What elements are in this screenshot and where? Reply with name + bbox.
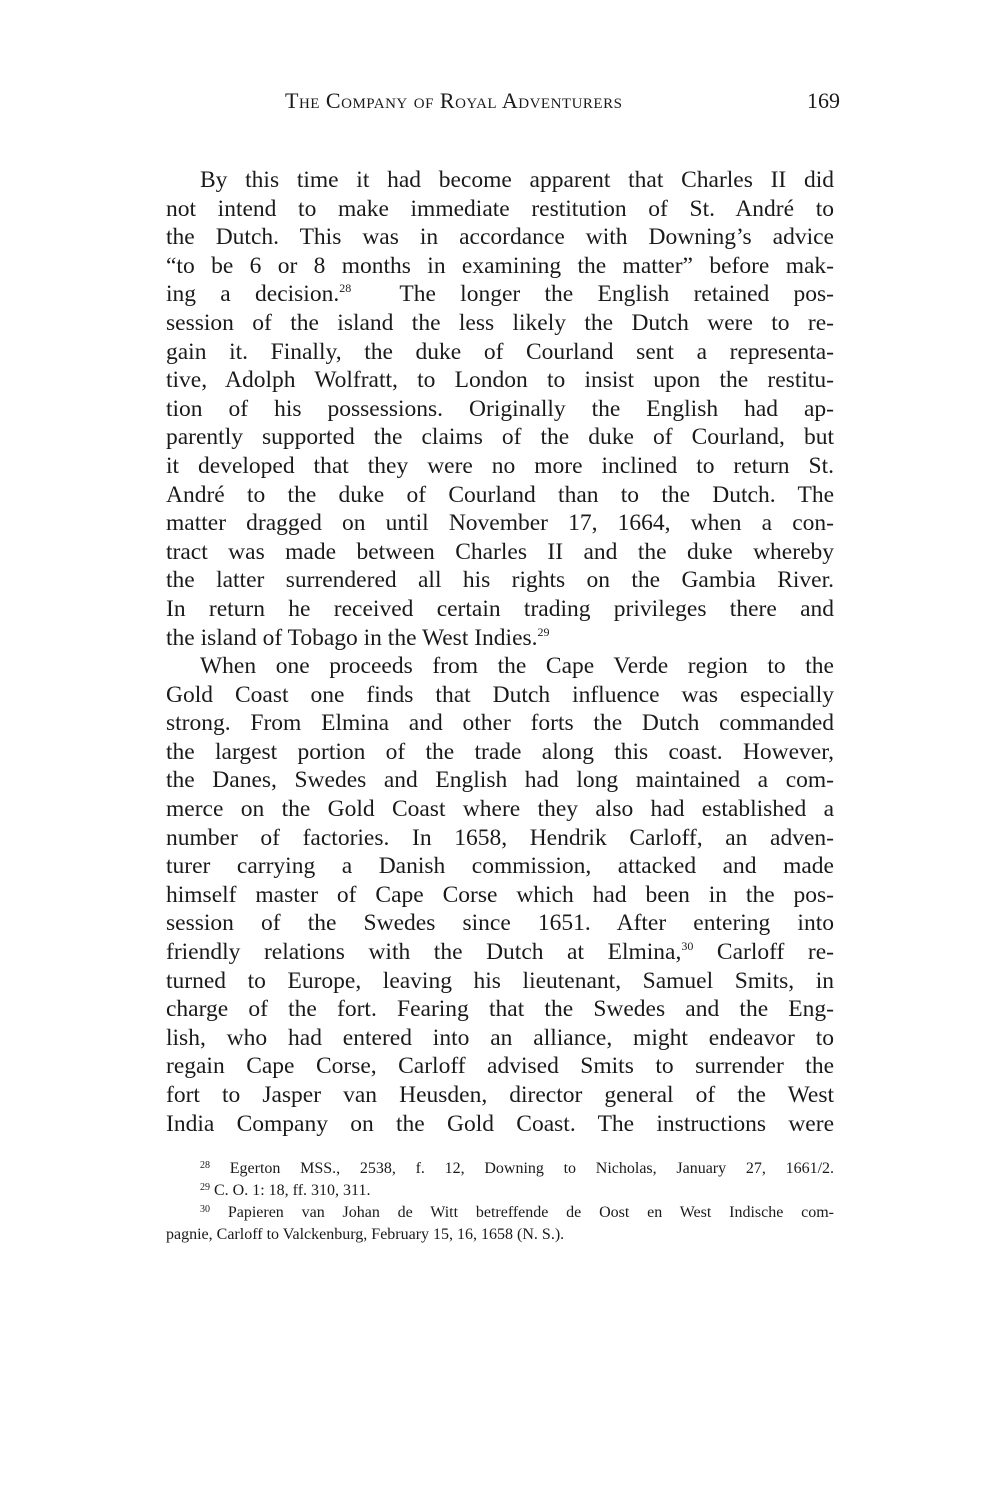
text-line: regain Cape Corse, Carloff advised Smits… xyxy=(166,1052,834,1081)
text-line: the island of Tobago in the West Indies.… xyxy=(166,624,834,653)
text-segment: the latter surrendered all his rights on… xyxy=(166,567,834,593)
body-text: By this time it had become apparent that… xyxy=(166,166,834,1138)
text-segment: friendly relations with the Dutch at Elm… xyxy=(166,939,681,965)
text-line: charge of the fort. Fearing that the Swe… xyxy=(166,995,834,1024)
text-line: tract was made between Charles II and th… xyxy=(166,538,834,567)
text-line: tion of his possessions. Originally the … xyxy=(166,395,834,424)
text-line: Gold Coast one finds that Dutch influenc… xyxy=(166,681,834,710)
text-line: ing a decision.28 The longer the English… xyxy=(166,280,834,309)
text-segment: merce on the Gold Coast where they also … xyxy=(166,796,834,822)
text-segment: not intend to make immediate restitution… xyxy=(166,196,834,222)
footnote-reference: 30 xyxy=(681,939,693,953)
running-title: The Company of Royal Adventurers xyxy=(285,88,622,114)
text-segment: turer carrying a Danish commission, atta… xyxy=(166,853,834,879)
text-line: turned to Europe, leaving his lieutenant… xyxy=(166,967,834,996)
text-segment: it developed that they were no more incl… xyxy=(166,453,834,479)
text-line: session of the Swedes since 1651. After … xyxy=(166,909,834,938)
text-segment: himself master of Cape Corse which had b… xyxy=(166,882,834,908)
text-segment: ing a decision. xyxy=(166,281,339,307)
text-segment: parently supported the claims of the duk… xyxy=(166,424,834,450)
text-segment: Gold Coast one finds that Dutch influenc… xyxy=(166,682,834,708)
text-line: matter dragged on until November 17, 166… xyxy=(166,509,834,538)
text-line: the Danes, Swedes and English had long m… xyxy=(166,766,834,795)
text-line: lish, who had entered into an alliance, … xyxy=(166,1024,834,1053)
text-segment: the Danes, Swedes and English had long m… xyxy=(166,767,834,793)
running-header: The Company of Royal Adventurers 169 xyxy=(285,88,840,114)
text-segment: charge of the fort. Fearing that the Swe… xyxy=(166,996,834,1022)
text-line: it developed that they were no more incl… xyxy=(166,452,834,481)
text-line: the latter surrendered all his rights on… xyxy=(166,566,834,595)
text-line: himself master of Cape Corse which had b… xyxy=(166,881,834,910)
page-number: 169 xyxy=(807,88,840,114)
text-segment: gain it. Finally, the duke of Courland s… xyxy=(166,339,834,365)
text-segment: session of the Swedes since 1651. After … xyxy=(166,910,834,936)
footnote-30-continuation: pagnie, Carloff to Valckenburg, February… xyxy=(166,1224,834,1246)
text-line: merce on the Gold Coast where they also … xyxy=(166,795,834,824)
text-segment: lish, who had entered into an alliance, … xyxy=(166,1025,834,1051)
text-segment: In return he received certain trading pr… xyxy=(166,596,834,622)
text-segment: André to the duke of Courland than to th… xyxy=(166,482,834,508)
text-segment: the largest portion of the trade along t… xyxy=(166,739,834,765)
text-segment: tive, Adolph Wolfratt, to London to insi… xyxy=(166,367,834,393)
footnote-29: 29 C. O. 1: 18, ff. 310, 311. xyxy=(166,1180,834,1202)
text-line: parently supported the claims of the duk… xyxy=(166,423,834,452)
footnote-marker: 30 xyxy=(200,1204,210,1215)
text-line: the largest portion of the trade along t… xyxy=(166,738,834,767)
text-line: By this time it had become apparent that… xyxy=(166,166,834,195)
text-segment: The longer the English retained pos- xyxy=(351,281,834,307)
text-segment: tion of his possessions. Originally the … xyxy=(166,396,834,422)
footnote-28: 28 Egerton MSS., 2538, f. 12, Downing to… xyxy=(166,1158,834,1180)
text-line: fort to Jasper van Heusden, director gen… xyxy=(166,1081,834,1110)
text-segment: regain Cape Corse, Carloff advised Smits… xyxy=(166,1053,834,1079)
text-line: gain it. Finally, the duke of Courland s… xyxy=(166,338,834,367)
text-line: friendly relations with the Dutch at Elm… xyxy=(166,938,834,967)
text-line: session of the island the less likely th… xyxy=(166,309,834,338)
text-line: turer carrying a Danish commission, atta… xyxy=(166,852,834,881)
text-line: André to the duke of Courland than to th… xyxy=(166,481,834,510)
text-line: strong. From Elmina and other forts the … xyxy=(166,709,834,738)
text-line: tive, Adolph Wolfratt, to London to insi… xyxy=(166,366,834,395)
text-segment: turned to Europe, leaving his lieutenant… xyxy=(166,968,834,994)
text-segment: fort to Jasper van Heusden, director gen… xyxy=(166,1082,834,1108)
text-segment: “to be 6 or 8 months in examining the ma… xyxy=(166,253,834,279)
footnote-marker: 28 xyxy=(200,1160,210,1171)
text-line: number of factories. In 1658, Hendrik Ca… xyxy=(166,824,834,853)
text-segment: When one proceeds from the Cape Verde re… xyxy=(200,653,834,679)
text-segment: tract was made between Charles II and th… xyxy=(166,539,834,565)
text-segment: the Dutch. This was in accordance with D… xyxy=(166,224,834,250)
footnote-reference: 29 xyxy=(538,625,550,639)
text-line: India Company on the Gold Coast. The ins… xyxy=(166,1110,834,1139)
text-segment: strong. From Elmina and other forts the … xyxy=(166,710,834,736)
text-line: “to be 6 or 8 months in examining the ma… xyxy=(166,252,834,281)
text-segment: matter dragged on until November 17, 166… xyxy=(166,510,834,536)
footnote-reference: 28 xyxy=(339,281,351,295)
text-segment: number of factories. In 1658, Hendrik Ca… xyxy=(166,825,834,851)
text-segment: Carloff re- xyxy=(693,939,834,965)
footnote-marker: 29 xyxy=(200,1182,210,1193)
text-segment: India Company on the Gold Coast. The ins… xyxy=(166,1111,834,1137)
footnotes: 28 Egerton MSS., 2538, f. 12, Downing to… xyxy=(166,1158,834,1246)
text-segment: By this time it had become apparent that… xyxy=(200,167,834,193)
text-segment: session of the island the less likely th… xyxy=(166,310,834,336)
text-segment: the island of Tobago in the West Indies. xyxy=(166,625,538,651)
text-line: not intend to make immediate restitution… xyxy=(166,195,834,224)
text-line: In return he received certain trading pr… xyxy=(166,595,834,624)
footnote-30: 30 Papieren van Johan de Witt betreffend… xyxy=(166,1202,834,1224)
text-line: the Dutch. This was in accordance with D… xyxy=(166,223,834,252)
text-line: When one proceeds from the Cape Verde re… xyxy=(166,652,834,681)
